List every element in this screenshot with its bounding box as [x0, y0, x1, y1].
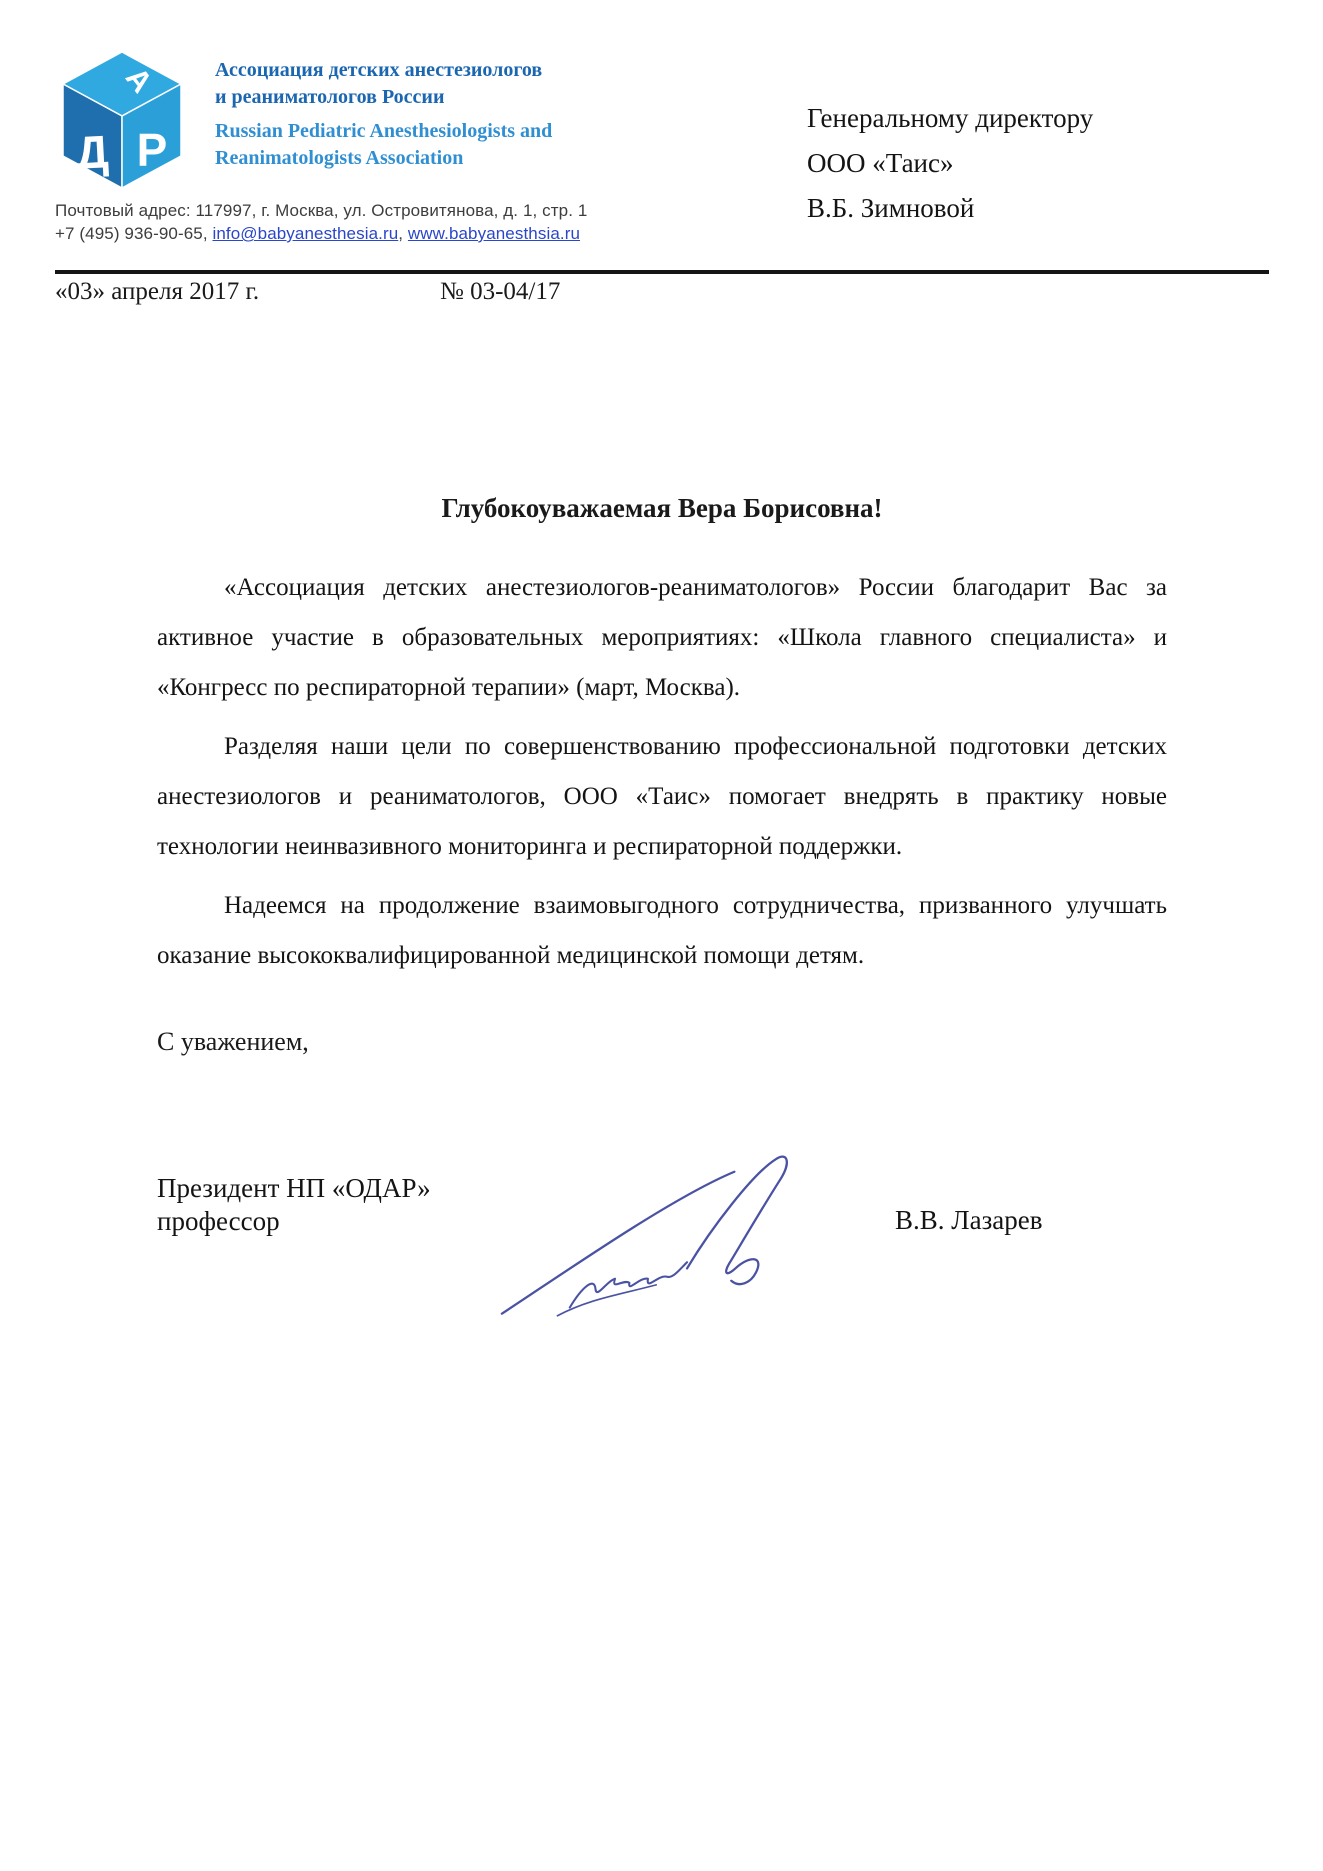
closing-phrase: С уважением,	[157, 1024, 1167, 1060]
paragraph-1: «Ассоциация детских анестезиологов-реани…	[157, 563, 1167, 713]
header-divider	[55, 270, 1269, 274]
signer-name: В.В. Лазарев	[895, 1205, 1042, 1236]
website-link[interactable]: www.babyanesthsia.ru	[408, 224, 580, 243]
letter-date: «03» апреля 2017 г.	[55, 278, 259, 306]
org-name-ru-line1: Ассоциация детских анестезиологов	[215, 57, 552, 84]
recipient-line-1: Генеральному директору	[807, 96, 1093, 141]
link-separator: ,	[398, 224, 408, 243]
org-name-en-line2: Reanimatologists Association	[215, 145, 552, 172]
cube-letter-r: Р	[137, 124, 168, 176]
logo-cube-icon: А Д Р	[57, 50, 187, 190]
org-names: Ассоциация детских анестезиологов и реан…	[215, 57, 552, 172]
contact-line: +7 (495) 936-90-65, info@babyanesthesia.…	[55, 224, 580, 244]
signer-titles: Президент НП «ОДАР» профессор	[157, 1172, 431, 1238]
paragraph-3: Надеемся на продолжение взаимовыгодного …	[157, 881, 1167, 981]
cube-letter-d: Д	[74, 125, 109, 179]
letter-body: Глубокоуважаемая Вера Борисовна! «Ассоци…	[157, 490, 1167, 1060]
postal-address: Почтовый адрес: 117997, г. Москва, ул. О…	[55, 201, 587, 221]
letter-number: № 03-04/17	[440, 278, 560, 306]
signer-title: Президент НП «ОДАР»	[157, 1172, 431, 1205]
recipient-line-2: ООО «Таис»	[807, 141, 1093, 186]
paragraph-2: Разделяя наши цели по совершенствованию …	[157, 722, 1167, 872]
signer-role: профессор	[157, 1205, 431, 1238]
recipient-line-3: В.Б. Зимновой	[807, 186, 1093, 231]
salutation: Глубокоуважаемая Вера Борисовна!	[157, 490, 1167, 526]
recipient-block: Генеральному директору ООО «Таис» В.Б. З…	[807, 96, 1093, 231]
org-name-en-line1: Russian Pediatric Anesthesiologists and	[215, 118, 552, 145]
org-name-ru-line2: и реаниматологов России	[215, 84, 552, 111]
letter-page: А Д Р Ассоциация детских анестезиологов …	[0, 0, 1323, 1871]
signature-image	[495, 1145, 805, 1325]
phone-number: +7 (495) 936-90-65,	[55, 224, 212, 243]
email-link[interactable]: info@babyanesthesia.ru	[212, 224, 398, 243]
